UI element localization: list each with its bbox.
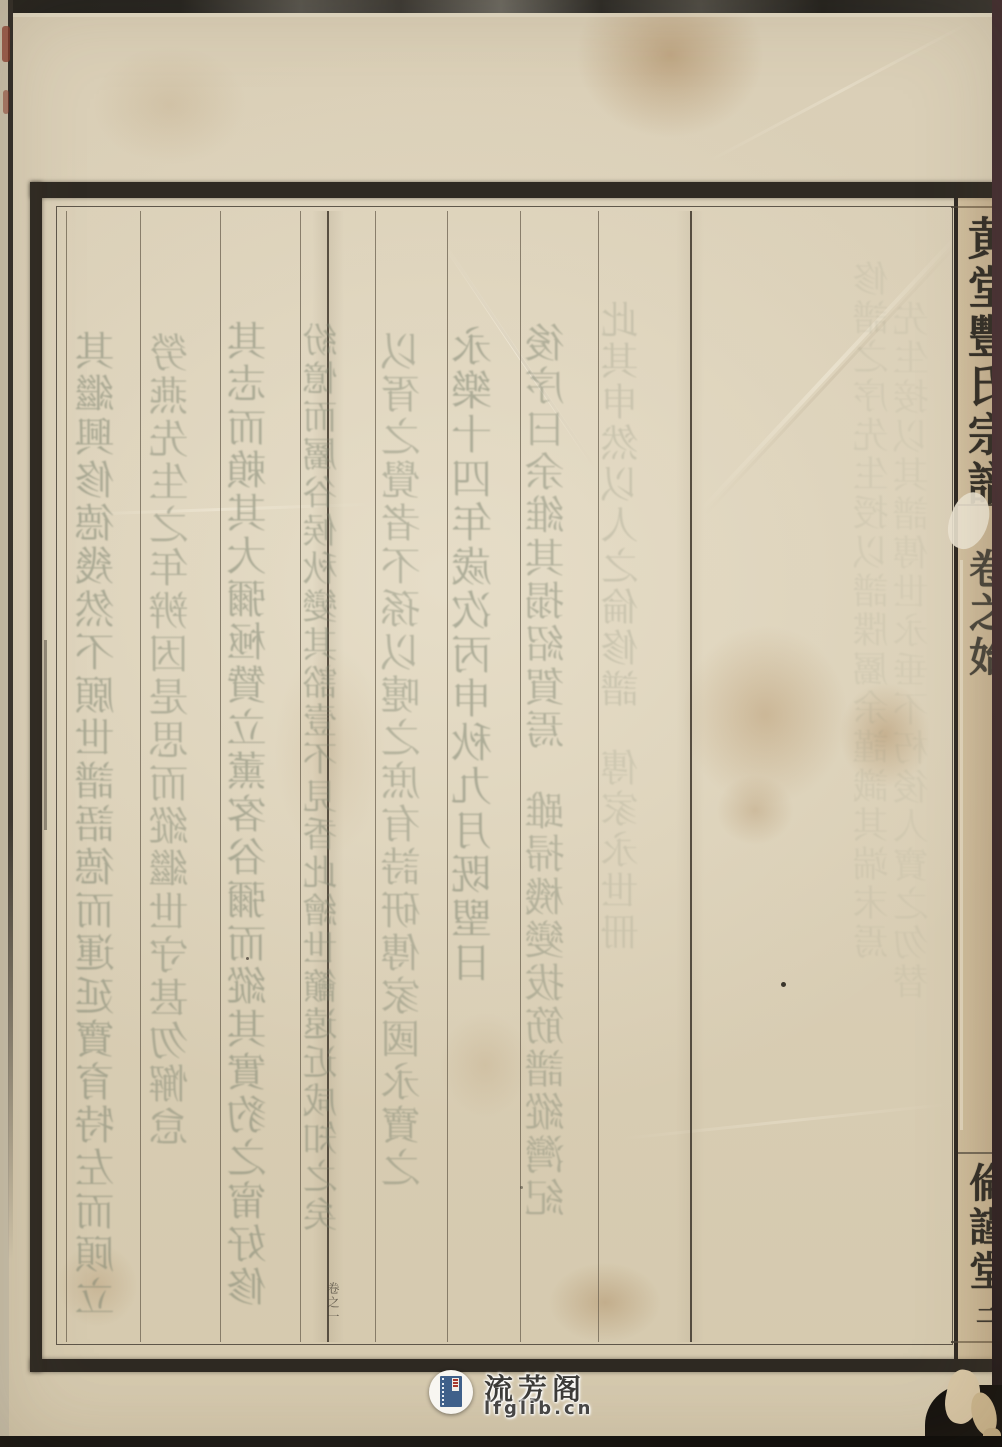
book-stitch-detail [442,1378,447,1405]
book-label-detail [452,1378,459,1391]
frame-border-left [30,182,42,1372]
spine-edge-highlight [960,560,963,1130]
book-cover-edge [992,0,1002,1390]
red-edge-mark [2,26,10,62]
red-edge-mark [3,90,9,114]
book-icon [440,1376,462,1407]
ink-speck [246,957,249,960]
ink-speck [781,982,786,987]
photo-edge-left [8,0,13,1260]
page-edge-highlight [0,13,1002,17]
photo-edge-bottom [0,1436,1002,1447]
watermark-site-url: lfglib.cn [484,1398,593,1419]
scanned-page: 其繼興修德幾然不願世譜語德而運延寶育特左而頋立勞燕先生之年辨因是思而縱繼世守甚勿… [0,0,1002,1447]
watermark-badge [429,1370,473,1414]
ink-speck [520,1186,523,1189]
page-fold-streak [44,640,47,830]
frame-border-top [30,182,995,198]
photo-edge-top [0,0,1002,13]
frame-inner-line [56,206,953,1345]
